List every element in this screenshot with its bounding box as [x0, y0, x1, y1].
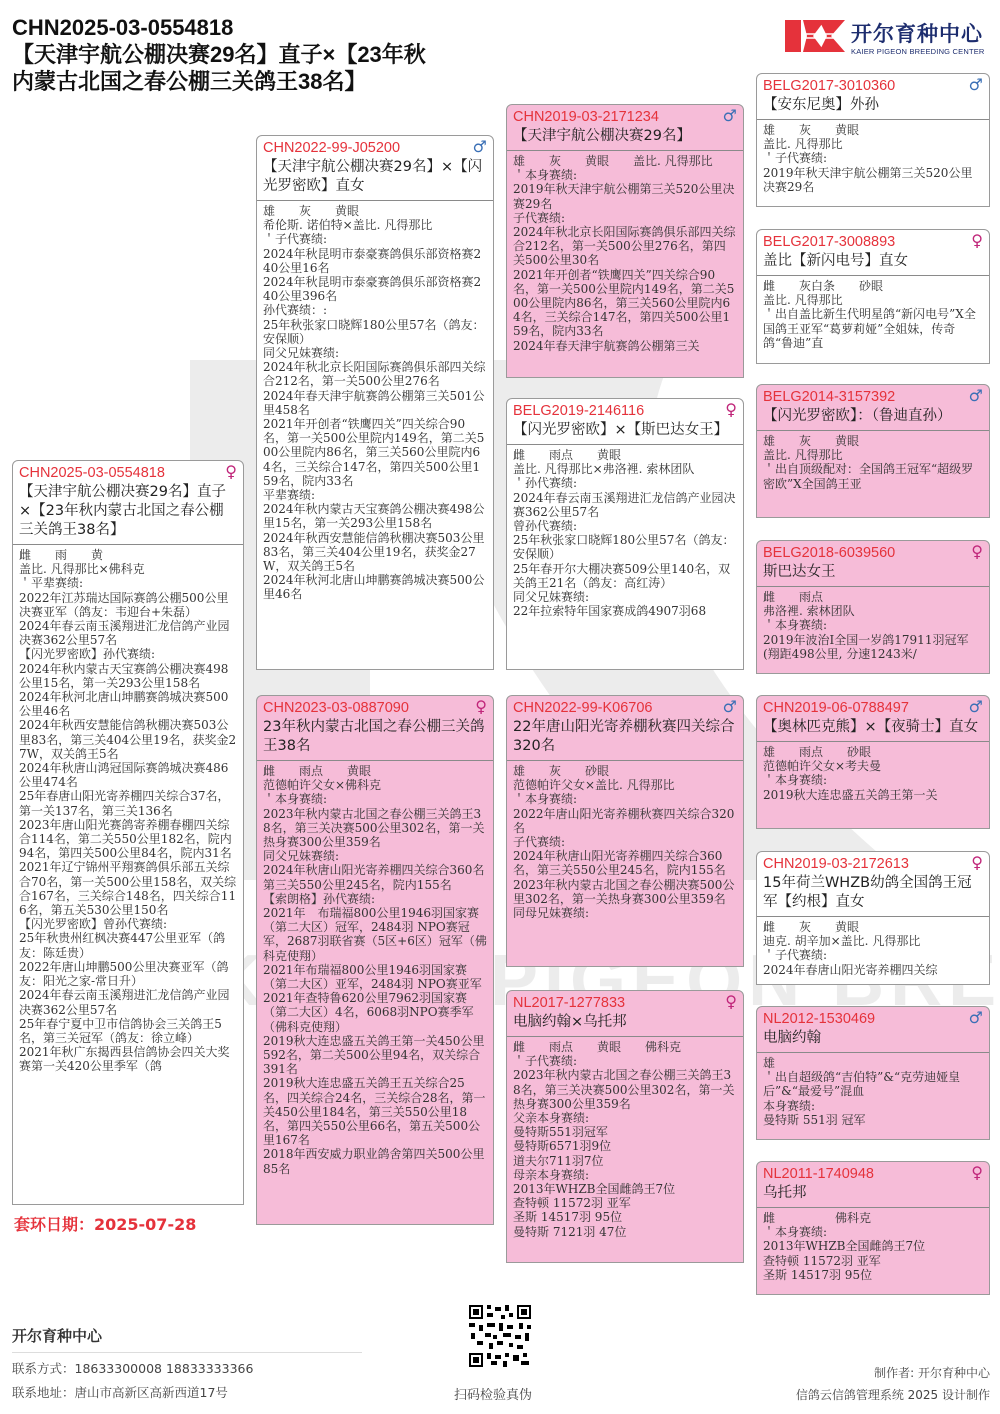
card-text-line: 查特顿 11572羽 亚军	[763, 1254, 983, 1268]
card-text-line: 2024年秋唐山阳光寄养棚四关综合360名，第三关550公里245名，院内155…	[513, 849, 737, 877]
ring-number: NL2012-1530469	[763, 1010, 983, 1029]
pigeon-name: 【天津宇航公棚决赛29名】	[513, 127, 737, 146]
card-text-line: 2019年波治I全国一岁鸽17911羽冠军(翔距498公里, 分速1243米/	[763, 633, 983, 661]
brand-logo: 开尔育种中心 KAIER PIGEON BREEDING CENTER	[785, 16, 995, 58]
pigeon-card-ds-dam[interactable]: CHN2019-03-2172613 ♀ 15年荷兰WHZB幼鸽全国鸽王冠军【约…	[756, 851, 990, 985]
card-text-line: 平辈赛绩:	[263, 488, 487, 502]
pigeon-name: 电脑约翰	[763, 1029, 983, 1048]
pigeon-name: 22年唐山阳光寄养棚秋赛四关综合320名	[513, 718, 737, 756]
card-text-line: 雄 雨点 砂眼	[763, 745, 983, 759]
card-body: 雌 灰白条 砂眼盖比. 凡得那比＇出自盖比新生代明星鸽“新闪电号”X全国鸽王亚军…	[757, 276, 989, 353]
title-line: 内蒙古北国之春公棚三关鸽王38名】	[12, 68, 502, 95]
contact-phone: 联系方式：18633300008 18833333366	[12, 1359, 362, 1377]
card-text-line: 22年拉索特年国家赛成鸽4907羽68	[513, 604, 737, 618]
card-text-line: ＇出自盖比新生代明星鸽“新闪电号”X全国鸽王亚军“葛萝莉娅”全姐妹，传奇鸽“鲁迪…	[763, 307, 983, 350]
pigeon-card-dam-dam[interactable]: NL2017-1277833 ♀ 电脑约翰×乌托邦 雌 雨点 黄眼 佛科克＇子代…	[506, 990, 744, 1263]
card-text-line: 同母兄妹赛绩:	[513, 906, 737, 920]
card-text-line: 盖比. 凡得那比	[763, 137, 983, 151]
female-icon: ♀	[475, 698, 487, 716]
pigeon-card-subject[interactable]: CHN2025-03-0554818 ♀ 【天津宇航公棚决赛29名】直子×【23…	[12, 460, 244, 1205]
title-line: CHN2025-03-0554818	[12, 14, 502, 41]
card-text-line: 雄 灰 黄眼	[763, 434, 983, 448]
pigeon-name: 【天津宇航公棚决赛29名】×【闪光罗密欧】直女	[263, 158, 487, 196]
logo-cn: 开尔育种中心	[851, 18, 983, 48]
card-text-line: 25年春宁夏中卫市信鸽协会三关鸽王5名，第三关冠军（鸽友：徐立峰）	[19, 1017, 237, 1045]
card-text-line: 2024年秋唐山阳光寄养棚四关综合360名第三关550公里245名，院内155名	[263, 863, 487, 891]
card-text-line: 2024年春天津宇航赛鸽公棚第三关501公里458名	[263, 389, 487, 417]
card-text-line: 雌 雨点 黄眼	[513, 448, 737, 462]
pigeon-name: 电脑约翰×乌托邦	[513, 1013, 737, 1032]
ring-number: CHN2025-03-0554818	[19, 464, 237, 483]
card-text-line: 盖比. 凡得那比	[763, 293, 983, 307]
card-text-line: 2023年秋内蒙古北国之春公棚三关鸽王38名，第三关决赛500公里302名，第一…	[263, 807, 487, 850]
ring-number: CHN2022-99-K06706	[513, 699, 737, 718]
pigeon-name: 【安东尼奥】外孙	[763, 96, 983, 115]
card-body: 雄 灰 黄眼希伦斯. 诺伯特×盖比. 凡得那比＇子代赛绩:2024年秋昆明市泰豪…	[257, 201, 493, 605]
card-text-line: 曼特斯 551羽 冠军	[763, 1113, 983, 1127]
card-text-line: 盖比. 凡得那比×佛科克	[19, 562, 237, 576]
card-text-line: 2024年春云南玉溪翔进汇龙信鸽产业园决赛362公里57名	[513, 491, 737, 519]
pigeon-card-sire[interactable]: CHN2022-99-J05200 ♂ 【天津宇航公棚决赛29名】×【闪光罗密欧…	[256, 135, 494, 670]
card-text-line: 雄 灰 黄眼 盖比. 凡得那比	[513, 154, 737, 168]
pigeon-name: 【天津宇航公棚决赛29名】直子×【23年秋内蒙古北国之春公棚三关鸽王38名】	[19, 483, 237, 540]
ring-number: BELG2014-3157392	[763, 388, 983, 407]
card-text-line: ＇本身赛绩:	[763, 773, 983, 787]
card-text-line: 2022年江苏瑞达国际赛鸽公棚500公里决赛亚军（鸽友：韦迎台+朱磊）	[19, 591, 237, 619]
card-text-line: 圣斯 14517羽 95位	[763, 1268, 983, 1282]
card-text-line: 2019秋大连忠盛五关鸽王第一关	[763, 788, 983, 802]
card-text-line: ＇本身赛绩:	[513, 792, 737, 806]
card-text-line: 雌 佛科克	[763, 1211, 983, 1225]
card-text-line: 2021年秋广东揭西县信鸽协会四关大奖赛第一关420公里季军（鸽	[19, 1045, 237, 1073]
card-text-line: 【索朗格】孙代赛绩:	[263, 892, 487, 906]
card-text-line: 2019秋大连忠盛五关鸽王第一关450公里592名，第二关500公里94名，双关…	[263, 1034, 487, 1077]
card-text-line: 雌 灰白条 砂眼	[763, 279, 983, 293]
card-header: BELG2014-3157392 ♂ 【闪光罗密欧】：（鲁迪直孙）	[757, 385, 989, 431]
female-icon: ♀	[971, 232, 983, 250]
ring-number: NL2017-1277833	[513, 994, 737, 1013]
card-text-line: 25年秋贵州红枫决赛447公里亚军（鸽友：陈廷贵）	[19, 931, 237, 959]
card-text-line: 希伦斯. 诺伯特×盖比. 凡得那比	[263, 218, 487, 232]
card-text-line: ＇子代赛绩:	[513, 1054, 737, 1068]
card-text-line: 雌 雨点	[763, 590, 983, 604]
card-text-line: 2021年开创者“铁鹰四关”四关综合90名，第一关500公里院内149名，第二关…	[513, 268, 737, 339]
card-text-line: 2019年秋天津宇航公棚第三关520公里决赛29名	[513, 182, 737, 210]
card-text-line: 2013年WHZB全国雌鸽王7位	[513, 1182, 737, 1196]
ring-number: BELG2018-6039560	[763, 544, 983, 563]
logo-en: KAIER PIGEON BREEDING CENTER	[851, 47, 985, 56]
card-text-line: 雌 灰 黄眼	[763, 920, 983, 934]
card-text-line: 盖比. 凡得那比	[763, 448, 983, 462]
card-text-line: ＇平辈赛绩:	[19, 576, 237, 590]
male-icon: ♂	[969, 698, 983, 716]
ring-date: 套环日期：2025-07-28	[14, 1212, 196, 1235]
card-text-line: 母亲本身赛绩:	[513, 1168, 737, 1182]
pigeon-card-dam-sire[interactable]: CHN2022-99-K06706 ♂ 22年唐山阳光寄养棚秋赛四关综合320名…	[506, 695, 744, 967]
pigeon-name: 15年荷兰WHZB幼鸽全国鸽王冠军【约根】直女	[763, 874, 983, 912]
card-body: 雌 灰 黄眼迪克. 胡辛加×盖比. 凡得那比＇子代赛绩:2024年春唐山阳光寄养…	[757, 917, 989, 980]
card-header: NL2011-1740948 ♀ 乌托邦	[757, 1162, 989, 1208]
card-text-line: ＇出自顶级配对：全国鸽王冠军“超级罗密欧”X全国鸽王亚	[763, 462, 983, 490]
card-body: 雄 灰 黄眼盖比. 凡得那比＇出自顶级配对：全国鸽王冠军“超级罗密欧”X全国鸽王…	[757, 431, 989, 494]
ring-number: CHN2019-03-2172613	[763, 855, 983, 874]
card-header: NL2012-1530469 ♂ 电脑约翰	[757, 1007, 989, 1053]
card-text-line: 雌 雨点 黄眼	[263, 764, 487, 778]
female-icon: ♀	[971, 543, 983, 561]
card-text-line: 25年秋张家口晓辉180公里57名（鸽友：安保顺）	[263, 318, 487, 346]
card-text-line: 雄	[763, 1056, 983, 1070]
card-text-line: 2024年秋北京长阳国际赛鸽俱乐部四关综合212名，第一关500公里276名，第…	[513, 225, 737, 268]
female-icon: ♀	[225, 463, 237, 481]
qr-code-icon[interactable]	[467, 1303, 533, 1369]
card-text-line: 2024年秋昆明市泰豪赛鸽俱乐部资格赛240公里396名	[263, 275, 487, 303]
female-icon: ♀	[971, 854, 983, 872]
card-text-line: 同父兄妹赛绩:	[513, 590, 737, 604]
card-text-line: 2022年唐山阳光寄养棚秋赛四关综合320名	[513, 807, 737, 835]
male-icon: ♂	[723, 107, 737, 125]
pigeon-card-dam[interactable]: CHN2023-03-0887090 ♀ 23年秋内蒙古北国之春公棚三关鸽王38…	[256, 695, 494, 1225]
pigeon-card-sire-dam[interactable]: BELG2019-2146116 ♀ 【闪光罗密欧】×【斯巴达女王】 雌 雨点 …	[506, 398, 744, 670]
card-text-line: ＇本身赛绩:	[763, 618, 983, 632]
pigeon-name: 盖比【新闪电号】直女	[763, 252, 983, 271]
pigeon-card-sire-sire[interactable]: CHN2019-03-2171234 ♂ 【天津宇航公棚决赛29名】 雄 灰 黄…	[506, 104, 744, 378]
card-text-line: ＇出自超级鸽“吉伯特”&“克劳迪娅皇后”&“最爱号”混血	[763, 1070, 983, 1098]
card-header: BELG2017-3010360 ♂ 【安东尼奥】外孙	[757, 74, 989, 120]
ring-number: NL2011-1740948	[763, 1165, 983, 1184]
title-line: 【天津宇航公棚决赛29名】直子×【23年秋	[12, 41, 502, 68]
pigeon-card-sd-dam[interactable]: BELG2018-6039560 ♀ 斯巴达女王 雌 雨点弗洛裡. 索林团队＇本…	[756, 540, 990, 674]
card-body: 雄 灰 黄眼盖比. 凡得那比＇子代赛绩:2019年秋天津宇航公棚第三关520公里…	[757, 120, 989, 197]
card-text-line: 范德帕许父女×盖比. 凡得那比	[513, 778, 737, 792]
card-text-line: 2024年秋昆明市泰豪赛鸽俱乐部资格赛240公里16名	[263, 247, 487, 275]
card-text-line: 2021年 布瑞福800公里1946羽国家赛（第二大区）冠军，2484羽 NPO…	[263, 906, 487, 963]
card-text-line: 2018年西安威力职业鸽舍第四关500公里85名	[263, 1147, 487, 1175]
card-text-line: 2013年WHZB全国雌鸽王7位	[763, 1239, 983, 1253]
card-text-line: 2024年秋西安慧能信鸽秋棚决赛503公里83名，第三关404公里19名，获奖金…	[263, 531, 487, 574]
card-header: BELG2018-6039560 ♀ 斯巴达女王	[757, 541, 989, 587]
card-text-line: 雄 灰 黄眼	[763, 123, 983, 137]
card-text-line: ＇子代赛绩:	[263, 232, 487, 246]
male-icon: ♂	[723, 698, 737, 716]
contact-address: 联系地址：唐山市高新区高新西道17号	[12, 1383, 362, 1401]
pigeon-name: 【奥林匹克熊】×【夜骑士】直女	[763, 718, 983, 737]
card-text-line: 2021年辽宁锦州平翔赛鸽俱乐部五关综合70名，第一关500公里158名，双关综…	[19, 860, 237, 917]
male-icon: ♂	[969, 76, 983, 94]
pigeon-card-ds-sire[interactable]: CHN2019-06-0788497 ♂ 【奥林匹克熊】×【夜骑士】直女 雄 雨…	[756, 695, 990, 829]
card-body: 雄 雨点 砂眼范德帕许父女×考夫曼＇本身赛绩:2019秋大连忠盛五关鸽王第一关	[757, 742, 989, 805]
card-text-line: 2019秋大连忠盛五关鸽王五关综合25名，四关综合24名，三关综合28名，第一关…	[263, 1076, 487, 1147]
card-header: CHN2025-03-0554818 ♀ 【天津宇航公棚决赛29名】直子×【23…	[13, 461, 243, 545]
female-icon: ♀	[725, 993, 737, 1011]
ring-number: BELG2019-2146116	[513, 402, 737, 421]
card-text-line: 曼特斯551羽冠军	[513, 1125, 737, 1139]
page-title: CHN2025-03-0554818 【天津宇航公棚决赛29名】直子×【23年秋…	[12, 14, 502, 95]
card-text-line: 弗洛裡. 索林团队	[763, 604, 983, 618]
card-text-line: 2024年春云南玉溪翔进汇龙信鸽产业园决赛362公里57名	[19, 619, 237, 647]
pigeon-name: 【闪光罗密欧】×【斯巴达女王】	[513, 421, 737, 440]
card-text-line: 25年春开尔大棚决赛509公里140名，双关鸽王21名（鸽友：高红涛）	[513, 562, 737, 590]
card-text-line: 2023年秋内蒙古北国之春公棚三关鸽王38名，第三关决赛500公里302名，第一…	[513, 1068, 737, 1111]
card-text-line: 雌 雨点 黄眼 佛科克	[513, 1040, 737, 1054]
card-text-line: 【闪光罗密欧】曾孙代赛绩:	[19, 917, 237, 931]
card-text-line: ＇子代赛绩:	[763, 151, 983, 165]
card-body: 雌 佛科克＇本身赛绩:2013年WHZB全国雌鸽王7位查特顿 11572羽 亚军…	[757, 1208, 989, 1285]
pigeon-name: 23年秋内蒙古北国之春公棚三关鸽王38名	[263, 718, 487, 756]
card-header: BELG2019-2146116 ♀ 【闪光罗密欧】×【斯巴达女王】	[507, 399, 743, 445]
card-text-line: ＇本身赛绩:	[263, 792, 487, 806]
card-text-line: 父亲本身赛绩:	[513, 1111, 737, 1125]
card-text-line: 雄 灰 砂眼	[513, 764, 737, 778]
card-header: BELG2017-3008893 ♀ 盖比【新闪电号】直女	[757, 230, 989, 276]
card-header: CHN2019-06-0788497 ♂ 【奥林匹克熊】×【夜骑士】直女	[757, 696, 989, 742]
card-text-line: 2022年唐山坤鹏500公里决赛亚军（鸽友：阳光之家-常日升）	[19, 960, 237, 988]
card-body: 雌 雨 黄盖比. 凡得那比×佛科克＇平辈赛绩:2022年江苏瑞达国际赛鸽公棚50…	[13, 545, 243, 1077]
ring-number: CHN2019-03-2171234	[513, 108, 737, 127]
card-text-line: 2024年春唐山阳光寄养棚四关综	[763, 963, 983, 977]
female-icon: ♀	[971, 1164, 983, 1182]
card-text-line: ＇孙代赛绩:	[513, 476, 737, 490]
card-body: 雄 灰 砂眼范德帕许父女×盖比. 凡得那比＇本身赛绩:2022年唐山阳光寄养棚秋…	[507, 761, 743, 923]
card-body: 雌 雨点 黄眼范德帕许父女×佛科克＇本身赛绩:2023年秋内蒙古北国之春公棚三关…	[257, 761, 493, 1179]
card-text-line: 同父兄妹赛绩:	[263, 849, 487, 863]
card-body: 雌 雨点 黄眼盖比. 凡得那比×弗洛裡. 索林团队＇孙代赛绩:2024年春云南玉…	[507, 445, 743, 621]
system-credit: 信鸽云信鸽管理系统 2025 设计制作	[796, 1384, 990, 1406]
card-body: 雄 灰 黄眼 盖比. 凡得那比＇本身赛绩:2019年秋天津宇航公棚第三关520公…	[507, 151, 743, 356]
card-text-line: 曼特斯 7121羽 47位	[513, 1225, 737, 1239]
card-text-line: 迪克. 胡辛加×盖比. 凡得那比	[763, 934, 983, 948]
card-text-line: 2023年唐山阳光赛鸽寄养棚春棚四关综合114名，第二关550公里182名，院内…	[19, 818, 237, 861]
card-text-line: 25年秋张家口晓辉180公里57名（鸽友：安保顺）	[513, 533, 737, 561]
card-header: CHN2022-99-K06706 ♂ 22年唐山阳光寄养棚秋赛四关综合320名	[507, 696, 743, 761]
card-text-line: ＇本身赛绩:	[513, 168, 737, 182]
card-header: NL2017-1277833 ♀ 电脑约翰×乌托邦	[507, 991, 743, 1037]
card-header: CHN2022-99-J05200 ♂ 【天津宇航公棚决赛29名】×【闪光罗密欧…	[257, 136, 493, 201]
pigeon-name: 【闪光罗密欧】：（鲁迪直孙）	[763, 407, 983, 426]
card-text-line: 2024年秋西安慧能信鸽秋棚决赛503公里83名，第三关404公里19名，获奖金…	[19, 718, 237, 761]
card-text-line: 同父兄妹赛绩:	[263, 346, 487, 360]
card-header: CHN2019-03-2172613 ♀ 15年荷兰WHZB幼鸽全国鸽王冠军【约…	[757, 852, 989, 917]
card-text-line: 2024年秋北京长阳国际赛鸽俱乐部四关综合212名，第一关500公里276名	[263, 360, 487, 388]
card-text-line: 【闪光罗密欧】孙代赛绩:	[19, 647, 237, 661]
kaier-logo-icon	[785, 18, 845, 54]
male-icon: ♂	[969, 1009, 983, 1027]
ring-number: BELG2017-3010360	[763, 77, 983, 96]
card-text-line: ＇本身赛绩:	[763, 1225, 983, 1239]
card-text-line: 曾孙代赛绩:	[513, 519, 737, 533]
card-body: 雌 雨点 黄眼 佛科克＇子代赛绩:2023年秋内蒙古北国之春公棚三关鸽王38名，…	[507, 1037, 743, 1242]
card-text-line: 2024年秋内蒙古天宝赛鸽公棚决赛498公里15名，第一关293公里158名	[263, 502, 487, 530]
card-body: 雌 雨点弗洛裡. 索林团队＇本身赛绩:2019年波治I全国一岁鸽17911羽冠军…	[757, 587, 989, 664]
card-text-line: 2021年查特鲁620公里7962羽国家赛（第二大区）4名，6068羽NPO赛季…	[263, 991, 487, 1034]
pigeon-card-ss-dam[interactable]: BELG2017-3008893 ♀ 盖比【新闪电号】直女 雌 灰白条 砂眼盖比…	[756, 229, 990, 364]
pigeon-name: 乌托邦	[763, 1184, 983, 1203]
card-text-line: 2023年秋内蒙古北国之春公棚决赛500公里302名，第一关热身赛300公里35…	[513, 878, 737, 906]
card-text-line: 范德帕许父女×佛科克	[263, 778, 487, 792]
card-text-line: 2019年秋天津宇航公棚第三关520公里决赛29名	[763, 166, 983, 194]
card-text-line: 孙代赛绩：:	[263, 303, 487, 317]
pigeon-name: 斯巴达女王	[763, 563, 983, 582]
card-text-line: 圣斯 14517羽 95位	[513, 1210, 737, 1224]
female-icon: ♀	[725, 401, 737, 419]
footer-contact: 开尔育种中心 联系方式：18633300008 18833333366 联系地址…	[12, 1325, 362, 1401]
card-text-line: ＇子代赛绩:	[763, 948, 983, 962]
ring-number: CHN2022-99-J05200	[263, 139, 487, 158]
male-icon: ♂	[473, 138, 487, 156]
pigeon-card-dd-sire[interactable]: NL2012-1530469 ♂ 电脑约翰 雄＇出自超级鸽“吉伯特”&“克劳迪娅…	[756, 1006, 990, 1140]
card-text-line: 范德帕许父女×考夫曼	[763, 759, 983, 773]
card-text-line: 2024年秋唐山鸿冠国际赛鸽城决赛486公里474名	[19, 761, 237, 789]
footer-credits: 制作者: 开尔育种中心 信鸽云信鸽管理系统 2025 设计制作	[796, 1362, 990, 1406]
maker-credit: 制作者: 开尔育种中心	[796, 1362, 990, 1384]
card-text-line: 子代赛绩:	[513, 211, 737, 225]
ring-number: BELG2017-3008893	[763, 233, 983, 252]
qr-label: 扫码检验真伪	[454, 1384, 532, 1403]
card-text-line: 道夫尔711羽7位	[513, 1154, 737, 1168]
card-header: CHN2023-03-0887090 ♀ 23年秋内蒙古北国之春公棚三关鸽王38…	[257, 696, 493, 761]
card-text-line: 2021年布瑞福800公里1946羽国家赛（第二大区）亚军，2484羽 NPO赛…	[263, 963, 487, 991]
card-text-line: 2024年秋河北唐山坤鹏赛鸽城决赛500公里46名	[263, 573, 487, 601]
card-text-line: 2024年春天津宇航赛鸽公棚第三关	[513, 339, 737, 353]
card-text-line: 2024年秋河北唐山坤鹏赛鸽城决赛500公里46名	[19, 690, 237, 718]
card-text-line: 盖比. 凡得那比×弗洛裡. 索林团队	[513, 462, 737, 476]
card-text-line: 子代赛绩:	[513, 835, 737, 849]
card-text-line: 本身赛绩:	[763, 1099, 983, 1113]
card-text-line: 曼特斯6571羽9位	[513, 1139, 737, 1153]
ring-number: CHN2023-03-0887090	[263, 699, 487, 718]
card-text-line: 雌 雨 黄	[19, 548, 237, 562]
card-header: CHN2019-03-2171234 ♂ 【天津宇航公棚决赛29名】	[507, 105, 743, 151]
card-text-line: 查特顿 11572羽 亚军	[513, 1196, 737, 1210]
card-text-line: 雄 灰 黄眼	[263, 204, 487, 218]
card-text-line: 2021年开创者“铁鹰四关”四关综合90名，第一关500公里院内149名，第二关…	[263, 417, 487, 488]
pigeon-card-dd-dam[interactable]: NL2011-1740948 ♀ 乌托邦 雌 佛科克＇本身赛绩:2013年WHZ…	[756, 1161, 990, 1295]
card-text-line: 25年春唐山阳光寄养棚四关综合37名，第一关137名，第三关136名	[19, 789, 237, 817]
pigeon-card-ss-sire[interactable]: BELG2017-3010360 ♂ 【安东尼奥】外孙 雄 灰 黄眼盖比. 凡得…	[756, 73, 990, 207]
pigeon-card-sd-sire[interactable]: BELG2014-3157392 ♂ 【闪光罗密欧】：（鲁迪直孙） 雄 灰 黄眼…	[756, 384, 990, 518]
male-icon: ♂	[969, 387, 983, 405]
card-text-line: 2024年秋内蒙古天宝赛鸽公棚决赛498公里15名，第一关293公里158名	[19, 662, 237, 690]
ring-number: CHN2019-06-0788497	[763, 699, 983, 718]
card-body: 雄＇出自超级鸽“吉伯特”&“克劳迪娅皇后”&“最爱号”混血本身赛绩:曼特斯 55…	[757, 1053, 989, 1130]
card-text-line: 2024年春云南玉溪翔进汇龙信鸽产业园决赛362公里57名	[19, 988, 237, 1016]
footer-org-name: 开尔育种中心	[12, 1325, 362, 1353]
